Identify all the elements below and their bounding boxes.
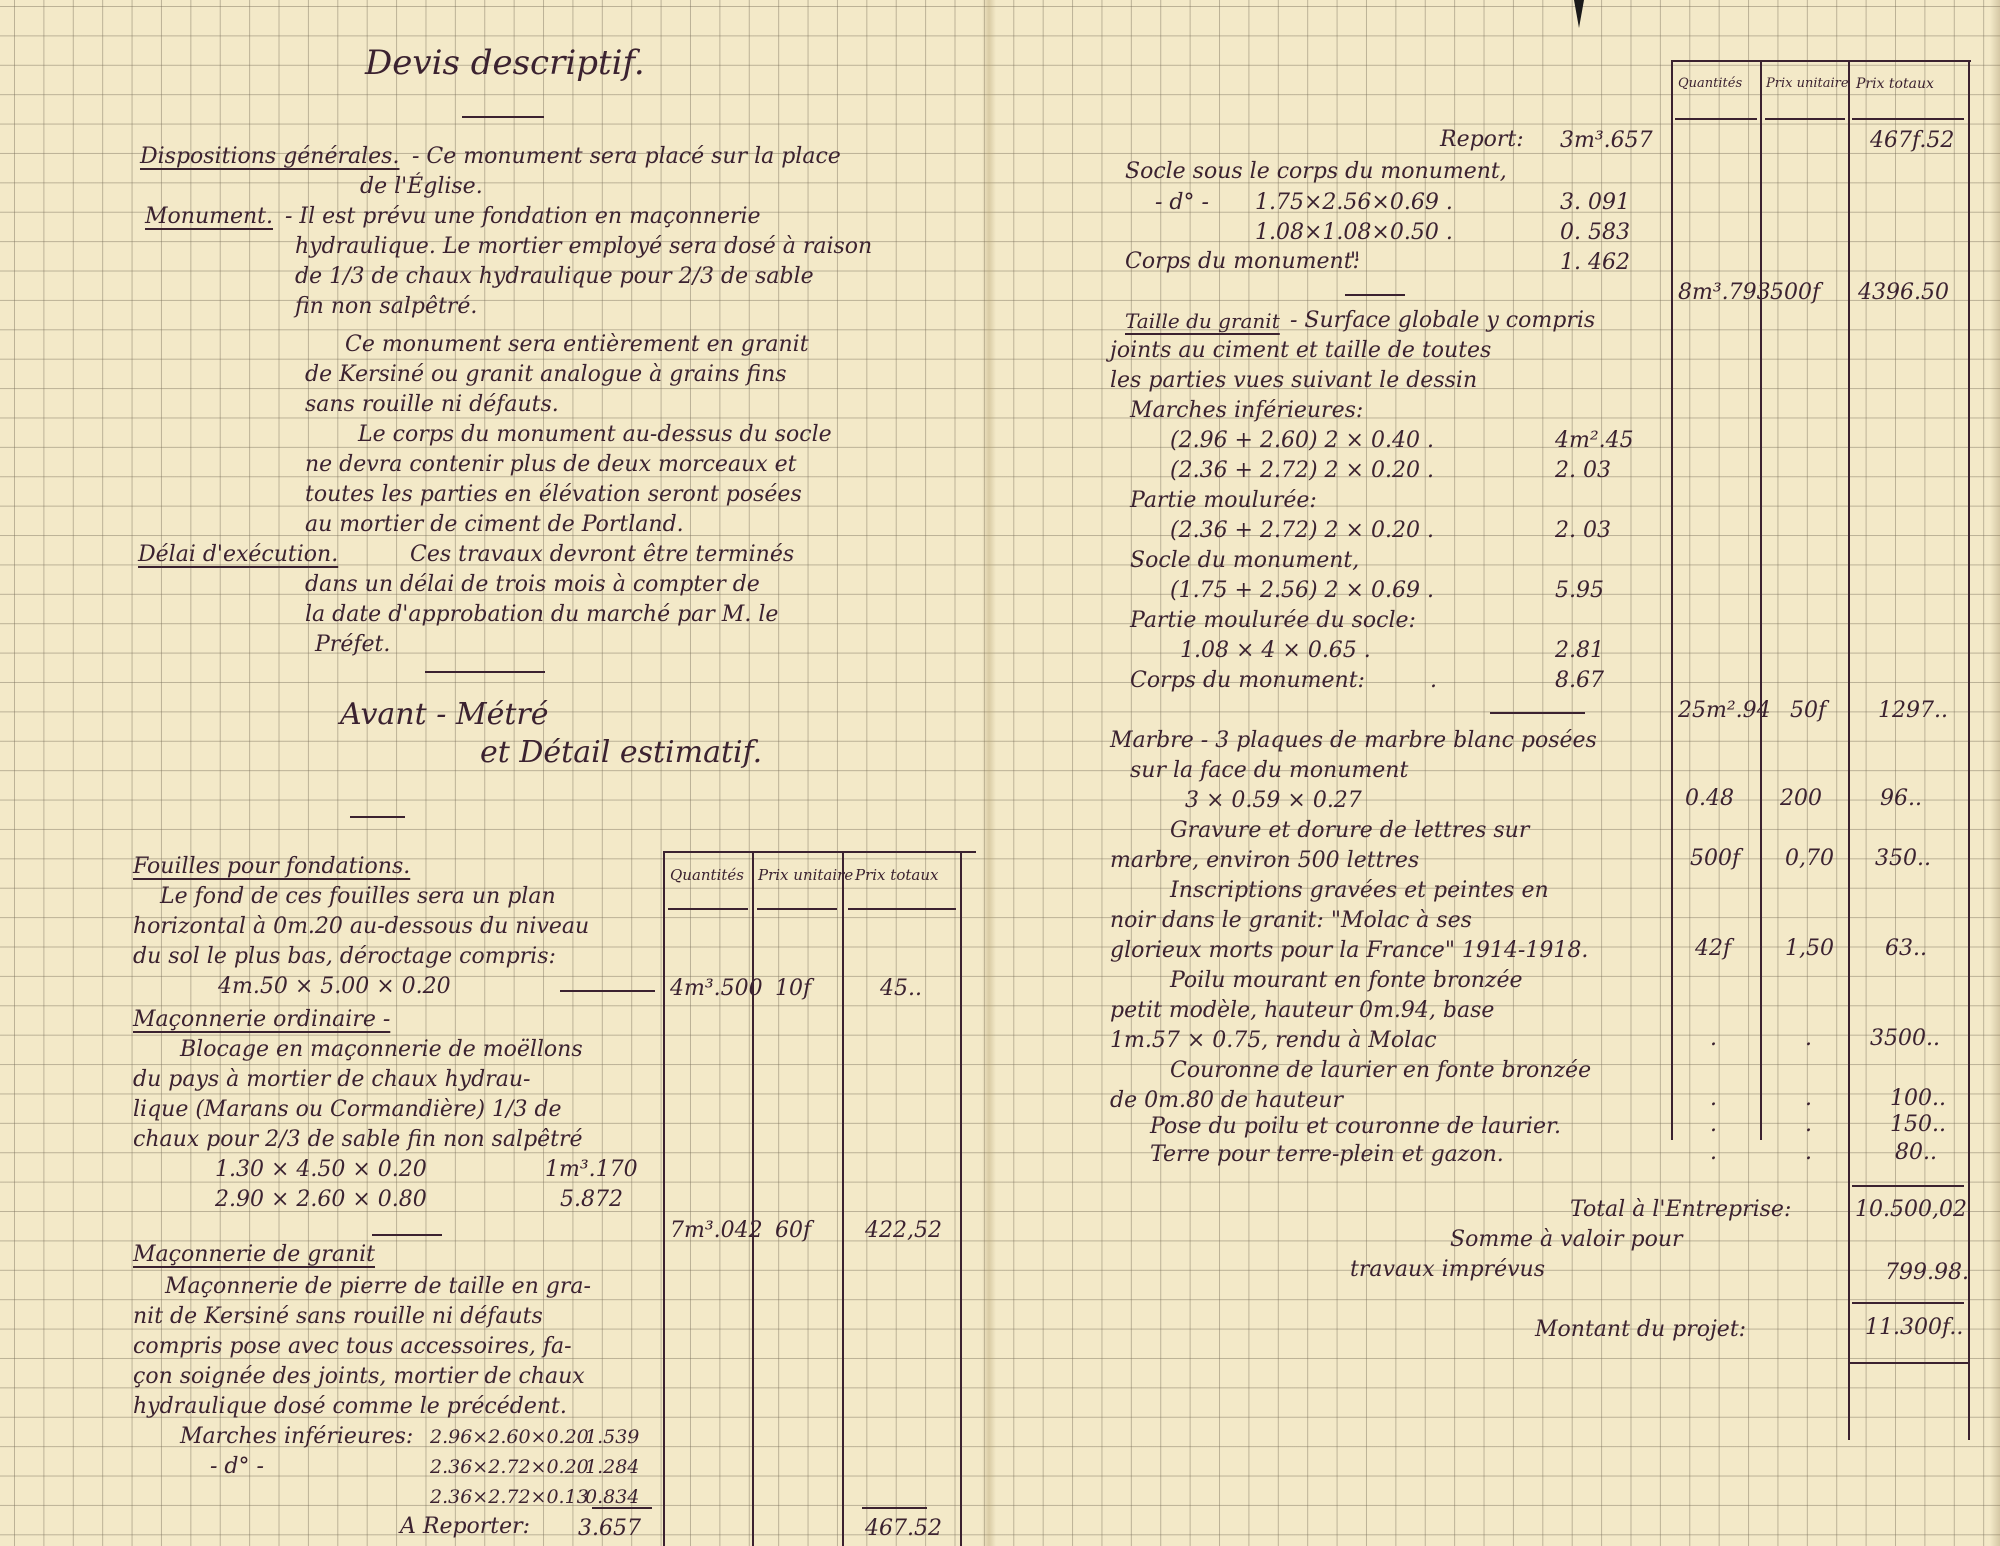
text-line: hydraulique dosé comme le précédent. bbox=[133, 1392, 567, 1422]
calc-value: 2. 03 bbox=[1555, 458, 1611, 483]
calc-formula: 1.08 × 4 × 0.65 . bbox=[1180, 636, 1371, 666]
unit-price-cell: . bbox=[1805, 1086, 1812, 1111]
text-line: marbre, environ 500 lettres bbox=[1110, 846, 1419, 876]
text-line: glorieux morts pour la France" 1914-1918… bbox=[1110, 936, 1588, 966]
quantity-cell: 8m³.793 bbox=[1678, 280, 1771, 305]
total-cell: 4396.50 bbox=[1858, 280, 1949, 305]
calc-value: 1. 462 bbox=[1560, 250, 1630, 275]
total-cell: 100.. bbox=[1890, 1086, 1946, 1111]
calc-value: 4m².45 bbox=[1555, 428, 1634, 453]
table-column-border bbox=[1760, 60, 1762, 1140]
montant-value: 11.300f.. bbox=[1865, 1315, 1963, 1340]
unit-price-cell: . bbox=[1805, 1140, 1812, 1165]
left-page: Devis descriptif. Dispositions générales… bbox=[0, 0, 985, 1546]
total-cell: 1297.. bbox=[1878, 698, 1948, 723]
quantity-cell: 7m³.042 bbox=[670, 1218, 763, 1243]
calc-value: 0. 583 bbox=[1560, 220, 1630, 245]
text-line: Ce monument sera entièrement en granit bbox=[345, 330, 809, 360]
calc-rule bbox=[592, 1507, 652, 1509]
unit-price-cell: . bbox=[1805, 1026, 1812, 1051]
calc-label: Marches inférieures: bbox=[1130, 396, 1363, 426]
text-line: chaux pour 2/3 de sable fin non salpêtré bbox=[133, 1125, 583, 1155]
total-cell: 150.. bbox=[1890, 1112, 1946, 1137]
text-line: du pays à mortier de chaux hydrau- bbox=[133, 1065, 530, 1095]
text-line: de 1/3 de chaux hydraulique pour 2/3 de … bbox=[295, 262, 814, 292]
calc-formula: (2.36 + 2.72) 2 × 0.20 . bbox=[1170, 456, 1434, 486]
section-heading-dispositions: Dispositions générales. bbox=[140, 142, 399, 172]
calc-formula: (2.96 + 2.60) 2 × 0.40 . bbox=[1170, 426, 1434, 456]
text-line: horizontal à 0m.20 au-dessous du niveau bbox=[133, 912, 589, 942]
total-cell: 80.. bbox=[1895, 1140, 1937, 1165]
report-total: 467f.52 bbox=[1870, 128, 1954, 153]
unit-price-cell: 0,70 bbox=[1785, 846, 1834, 871]
calc-label: - d° - bbox=[210, 1452, 264, 1482]
table-column-border bbox=[842, 851, 844, 1546]
column-header-prix-unitaire: Prix unitaire bbox=[1766, 76, 1849, 91]
text-line: ne devra contenir plus de deux morceaux … bbox=[305, 450, 797, 480]
text-line: - Surface globale y compris bbox=[1290, 306, 1595, 336]
text-line: - Ce monument sera placé sur la place bbox=[412, 142, 841, 172]
quantity-cell: . bbox=[1710, 1140, 1717, 1165]
total-rule bbox=[1852, 1302, 1964, 1304]
text-line: Socle sous le corps du monument, bbox=[1125, 157, 1507, 187]
text-line: dans un délai de trois mois à compter de bbox=[305, 570, 760, 600]
unit-price-cell: . bbox=[1805, 1112, 1812, 1137]
calc-formula: 1.75×2.56×0.69 . bbox=[1255, 188, 1453, 218]
calc-formula: (1.75 + 2.56) 2 × 0.69 . bbox=[1170, 576, 1434, 606]
title-rule bbox=[462, 116, 544, 118]
table-column-border bbox=[1848, 60, 1850, 1440]
text-line: Inscriptions gravées et peintes en bbox=[1170, 876, 1549, 906]
calc-value: 5.872 bbox=[560, 1185, 623, 1215]
unit-price-cell: 60f bbox=[775, 1218, 811, 1243]
text-line: toutes les parties en élévation seront p… bbox=[305, 480, 802, 510]
text-line: lique (Marans ou Cormandière) 1/3 de bbox=[133, 1095, 562, 1125]
quantity-cell: . bbox=[1710, 1112, 1717, 1137]
calc-formula: 1.08×1.08×0.50 . bbox=[1255, 218, 1453, 248]
unit-price-cell: 500f bbox=[1770, 280, 1820, 305]
quantity-cell: 4m³.500 bbox=[670, 976, 763, 1001]
column-header-prix-totaux: Prix totaux bbox=[855, 866, 938, 884]
calc-label: Partie moulurée: bbox=[1130, 486, 1317, 516]
right-page: Quantités Prix unitaire Prix totaux Repo… bbox=[990, 0, 2000, 1546]
text-line: nit de Kersiné sans rouille ni défauts bbox=[133, 1302, 543, 1332]
quantity-cell: 25m².94 bbox=[1678, 698, 1771, 723]
total-entreprise-label: Total à l'Entreprise: bbox=[1570, 1195, 1791, 1225]
somme-label-line2: travaux imprévus bbox=[1350, 1255, 1545, 1285]
montant-label: Montant du projet: bbox=[1535, 1315, 1746, 1345]
total-cell: 96.. bbox=[1880, 786, 1922, 811]
item-heading-fouilles: Fouilles pour fondations. bbox=[133, 852, 410, 882]
total-cell: 350.. bbox=[1875, 846, 1931, 871]
calc-rule bbox=[372, 1234, 442, 1236]
unit-price-cell: 200 bbox=[1780, 786, 1822, 811]
somme-label-line1: Somme à valoir pour bbox=[1450, 1225, 1683, 1255]
calc-value: 1.539 bbox=[585, 1422, 639, 1452]
text-line: joints au ciment et taille de toutes bbox=[1110, 336, 1491, 366]
item-heading-maconnerie-granit: Maçonnerie de granit bbox=[133, 1240, 375, 1270]
section-heading-monument: Monument. bbox=[145, 202, 273, 232]
a-reporter-quantity: 3.657 bbox=[578, 1516, 641, 1541]
calc-formula: 1.30 × 4.50 × 0.20 bbox=[215, 1155, 427, 1185]
calc-label: Socle du monument, bbox=[1130, 546, 1359, 576]
item-heading-maconnerie-ordinaire: Maçonnerie ordinaire - bbox=[133, 1005, 390, 1035]
calc-formula: (2.36 + 2.72) 2 × 0.20 . bbox=[1170, 516, 1434, 546]
text-line: Le corps du monument au-dessus du socle bbox=[358, 420, 832, 450]
calc-formula: " bbox=[1350, 247, 1360, 277]
calc-rule bbox=[1490, 712, 1585, 714]
text-line: Terre pour terre-plein et gazon. bbox=[1150, 1140, 1504, 1170]
quantity-cell: . bbox=[1710, 1026, 1717, 1051]
section-heading-delai: Délai d'exécution. bbox=[138, 540, 338, 570]
column-header-prix-unitaire: Prix unitaire bbox=[758, 866, 853, 884]
header-rule bbox=[848, 908, 956, 910]
page-title: Devis descriptif. bbox=[365, 48, 645, 78]
table-column-border bbox=[960, 851, 962, 1546]
calc-value: 3. 091 bbox=[1560, 190, 1630, 215]
text-line: Marbre - 3 plaques de marbre blanc posée… bbox=[1110, 726, 1597, 756]
text-line: Pose du poilu et couronne de laurier. bbox=[1150, 1112, 1561, 1142]
total-cell: 3500.. bbox=[1870, 1026, 1940, 1051]
calc-formula: 4m.50 × 5.00 × 0.20 bbox=[218, 972, 451, 1002]
column-header-prix-totaux: Prix totaux bbox=[1856, 76, 1934, 92]
calc-formula: 2.36×2.72×0.20 bbox=[430, 1452, 589, 1482]
text-line: 1m.57 × 0.75, rendu à Molac bbox=[1110, 1026, 1437, 1056]
column-header-quantites: Quantités bbox=[670, 866, 744, 884]
calc-label: Marches inférieures: bbox=[180, 1422, 413, 1452]
calc-rule bbox=[1345, 294, 1405, 296]
table-top-border bbox=[663, 851, 976, 853]
text-line: de Kersiné ou granit analogue à grains f… bbox=[305, 360, 787, 390]
text-line: au mortier de ciment de Portland. bbox=[305, 510, 684, 540]
calc-formula: 3 × 0.59 × 0.27 bbox=[1185, 786, 1362, 816]
text-line: Le fond de ces fouilles sera un plan bbox=[160, 882, 556, 912]
text-line: compris pose avec tous accessoires, fa- bbox=[133, 1332, 572, 1362]
quantity-cell: 500f bbox=[1690, 846, 1740, 871]
calc-label: Corps du monument: bbox=[1130, 666, 1365, 696]
text-line: la date d'approbation du marché par M. l… bbox=[305, 600, 778, 630]
total-cell: 63.. bbox=[1885, 936, 1927, 961]
calc-formula: 2.96×2.60×0.20 bbox=[430, 1422, 589, 1452]
calc-value: 5.95 bbox=[1555, 578, 1604, 603]
text-line: sans rouille ni défauts. bbox=[305, 390, 559, 420]
text-line: - Il est prévu une fondation en maçonner… bbox=[285, 202, 761, 232]
calc-formula: . bbox=[1430, 666, 1437, 696]
unit-price-cell: 50f bbox=[1790, 698, 1826, 723]
calc-rule bbox=[560, 990, 655, 992]
table-column-border bbox=[752, 851, 754, 1546]
text-line: noir dans le granit: "Molac à ses bbox=[1110, 906, 1472, 936]
calc-formula: 2.90 × 2.60 × 0.80 bbox=[215, 1185, 427, 1215]
table-top-border bbox=[1671, 60, 1971, 62]
text-line: sur la face du monument bbox=[1130, 756, 1408, 786]
text-line: Gravure et dorure de lettres sur bbox=[1170, 816, 1529, 846]
text-line: petit modèle, hauteur 0m.94, base bbox=[1110, 996, 1494, 1026]
table-column-border bbox=[1671, 60, 1673, 1140]
unit-price-cell: 1,50 bbox=[1785, 936, 1834, 961]
table-column-border bbox=[1968, 60, 1970, 1440]
calc-label: Corps du monument: bbox=[1125, 247, 1360, 277]
text-line: Ces travaux devront être terminés bbox=[410, 540, 794, 570]
header-rule bbox=[757, 908, 837, 910]
calc-value: 1m³.170 bbox=[545, 1155, 638, 1185]
quantity-cell: . bbox=[1710, 1086, 1717, 1111]
calc-value: 1.284 bbox=[585, 1452, 639, 1482]
report-quantity: 3m³.657 bbox=[1560, 128, 1653, 153]
text-line: du sol le plus bas, déroctage compris: bbox=[133, 942, 556, 972]
text-line: Maçonnerie de pierre de taille en gra- bbox=[165, 1272, 591, 1302]
report-label: Report: bbox=[1440, 125, 1524, 155]
text-line: çon soignée des joints, mortier de chaux bbox=[133, 1362, 585, 1392]
divider-rule bbox=[350, 816, 405, 818]
divider-rule bbox=[425, 671, 545, 673]
calc-formula: 2.36×2.72×0.13 bbox=[430, 1482, 589, 1512]
item-heading-taille: Taille du granit bbox=[1125, 306, 1280, 336]
table-column-border bbox=[663, 851, 665, 1546]
text-line: les parties vues suivant le dessin bbox=[1110, 366, 1477, 396]
unit-price-cell: 10f bbox=[775, 976, 811, 1001]
subtitle-line2: et Détail estimatif. bbox=[480, 738, 762, 768]
text-line: fin non salpêtré. bbox=[295, 292, 477, 322]
text-line: Couronne de laurier en fonte bronzée bbox=[1170, 1056, 1591, 1086]
calc-label: Partie moulurée du socle: bbox=[1130, 606, 1416, 636]
calc-rule bbox=[862, 1507, 927, 1509]
header-rule bbox=[1765, 118, 1845, 120]
quantity-cell: 42f bbox=[1695, 936, 1731, 961]
text-line: Blocage en maçonnerie de moëllons bbox=[180, 1035, 583, 1065]
calc-value: 8.67 bbox=[1555, 668, 1604, 693]
calc-value: 2. 03 bbox=[1555, 518, 1611, 543]
calc-label: - d° - bbox=[1155, 188, 1209, 218]
somme-value: 799.98. bbox=[1885, 1260, 1969, 1285]
text-line: hydraulique. Le mortier employé sera dos… bbox=[295, 232, 872, 262]
a-reporter-total: 467.52 bbox=[865, 1516, 942, 1541]
header-rule bbox=[668, 908, 748, 910]
bottom-rule bbox=[1848, 1362, 1968, 1364]
a-reporter-label: A Reporter: bbox=[400, 1512, 530, 1542]
total-entreprise-value: 10.500,02 bbox=[1855, 1197, 1967, 1222]
text-line: Préfet. bbox=[315, 630, 390, 660]
header-rule bbox=[1675, 118, 1757, 120]
calc-value: 2.81 bbox=[1555, 638, 1604, 663]
text-line: de l'Église. bbox=[360, 172, 483, 202]
total-cell: 422,52 bbox=[865, 1218, 942, 1243]
column-header-quantites: Quantités bbox=[1678, 76, 1742, 91]
subtitle-line1: Avant - Métré bbox=[340, 700, 549, 730]
text-line: Poilu mourant en fonte bronzée bbox=[1170, 966, 1523, 996]
quantity-cell: 0.48 bbox=[1685, 786, 1734, 811]
total-rule bbox=[1852, 1185, 1964, 1187]
header-rule bbox=[1852, 118, 1964, 120]
total-cell: 45.. bbox=[880, 976, 922, 1001]
